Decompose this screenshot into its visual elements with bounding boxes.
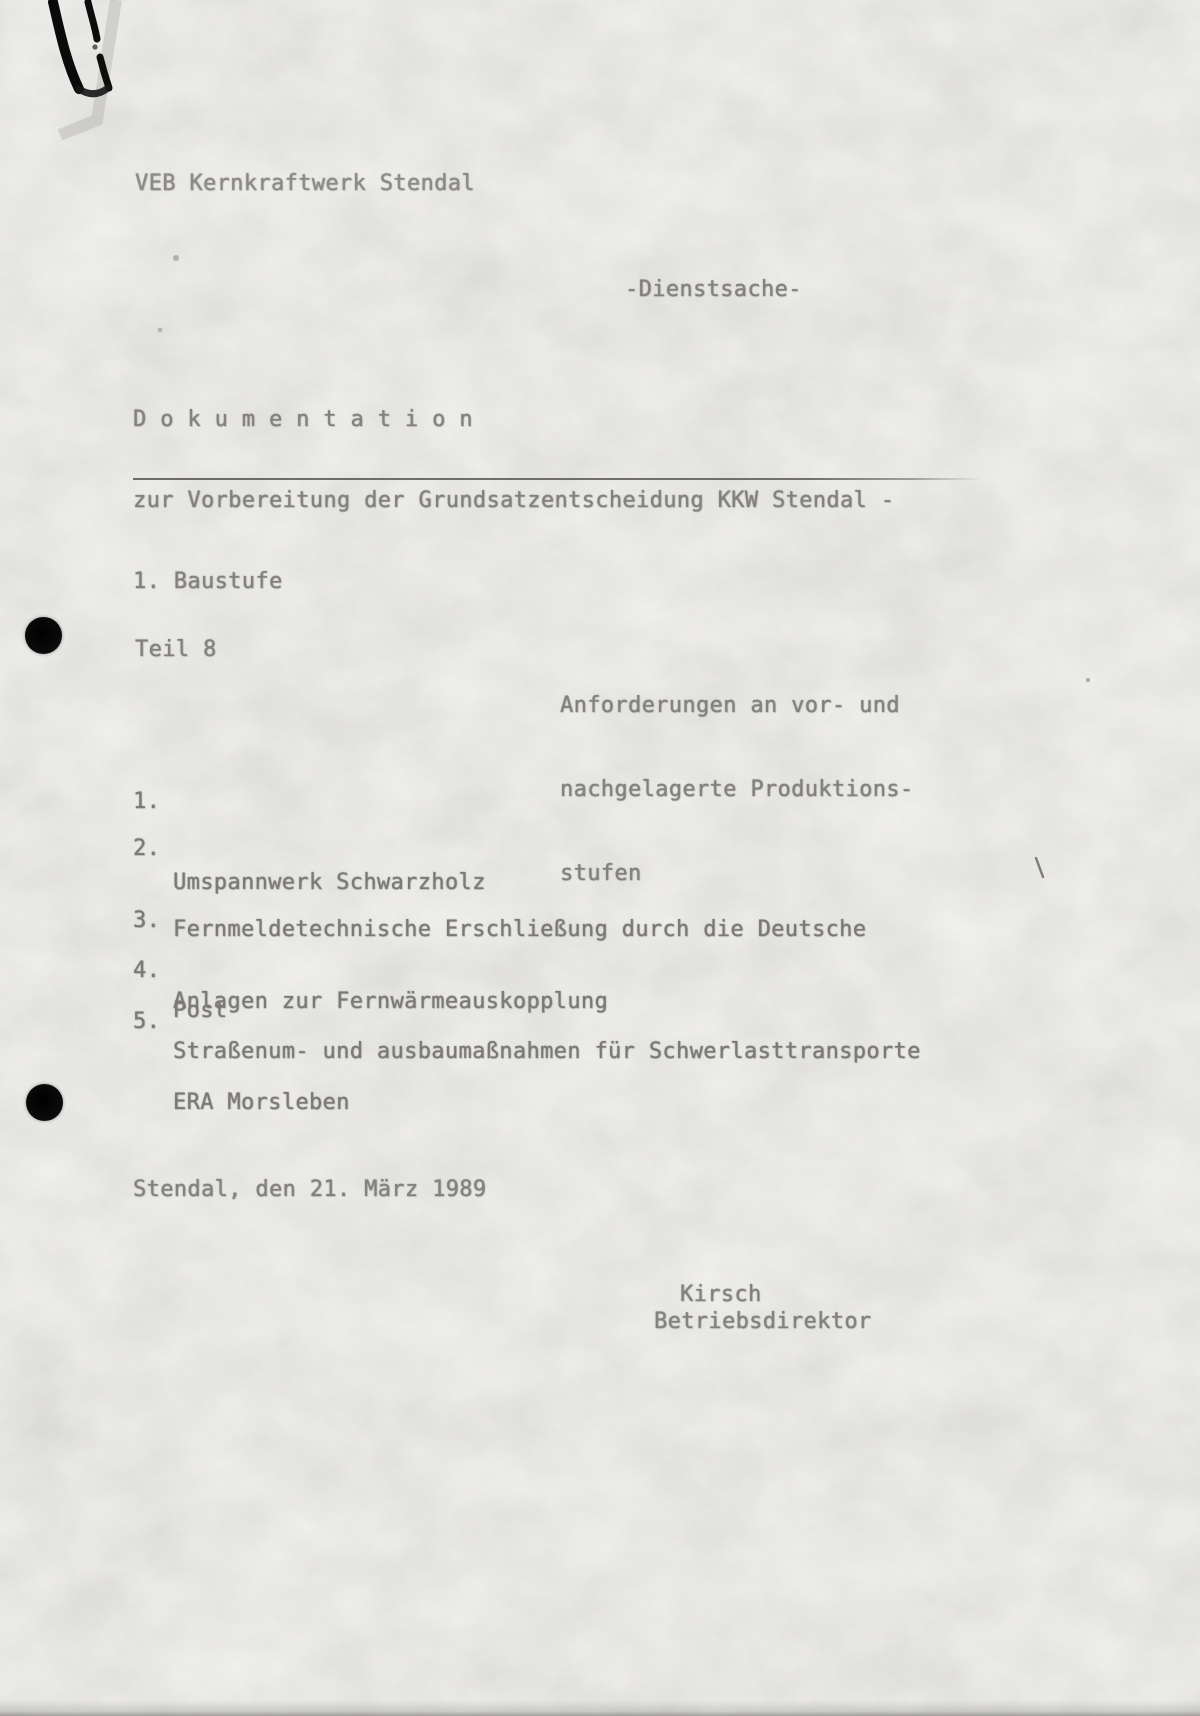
stray-mark	[1036, 858, 1043, 877]
title-line-3: 1. Baustufe	[133, 568, 894, 595]
list-item-5: 5. ERA Morsleben	[133, 1008, 350, 1170]
title-line-2: zur Vorbereitung der Grundsatzentscheidu…	[133, 487, 894, 514]
bottom-scan-shadow	[0, 1700, 1200, 1716]
item-text: ERA Morsleben	[173, 1089, 350, 1116]
dateline: Stendal, den 21. März 1989	[133, 1176, 486, 1203]
title-underline	[133, 478, 982, 480]
classification-label: -Dienstsache-	[625, 276, 802, 303]
part-description-line-1: Anforderungen an vor- und	[560, 692, 913, 720]
item-number: 4.	[133, 957, 160, 984]
item-number: 2.	[133, 835, 160, 862]
item-number: 5.	[133, 1008, 160, 1035]
item-number: 3.	[133, 907, 160, 934]
corner-fold-mark	[53, 2, 179, 332]
document-title: D o k u m e n t a t i o n zur Vorbereitu…	[133, 352, 894, 649]
signature-name: Kirsch	[680, 1281, 762, 1308]
punch-hole-bottom	[26, 1084, 63, 1121]
letterhead: VEB Kernkraftwerk Stendal	[135, 170, 475, 197]
item-number: 1.	[133, 788, 160, 815]
title-line-1: D o k u m e n t a t i o n	[133, 406, 894, 433]
corner-crease-shadow	[60, 0, 116, 135]
signature-title: Betriebsdirektor	[654, 1308, 872, 1335]
scanned-document-page: VEB Kernkraftwerk Stendal -Dienstsache- …	[0, 0, 1200, 1716]
part-description-line-2: nachgelagerte Produktions-	[560, 776, 913, 804]
part-label: Teil 8	[135, 636, 217, 663]
stray-dot	[1086, 678, 1090, 682]
punch-hole-top	[25, 617, 62, 654]
